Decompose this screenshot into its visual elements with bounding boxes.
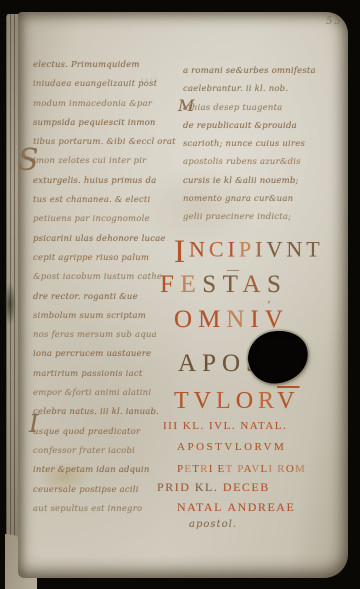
manuscript-line: &post iacobum iustum cathe [33, 268, 178, 287]
manuscript-line: cepit agrippe riuso palum [33, 249, 178, 268]
manuscript-line: inter &petam idan adquin [33, 461, 178, 480]
right-text-column: a romani se&urbes omnifestacaelebrantur.… [183, 62, 318, 227]
initial-s: S [18, 146, 39, 176]
rubric-date-2: PRID KL. DECEB [157, 481, 270, 493]
manuscript-line: electus. Primumquidem [33, 56, 178, 75]
parchment-hole [245, 327, 312, 387]
incipit-line-3: OMNIV [174, 307, 289, 332]
rubric-apostulorum: APOSTVLORVM [177, 442, 286, 453]
manuscript-line: a romani se&urbes omnifesta [183, 62, 318, 80]
manuscript-line: simbolum suum scriptam [33, 307, 178, 326]
manuscript-line: usque quod praedicator [33, 423, 178, 442]
rubric-natal-andreae: NATAL ANDREAE [177, 501, 295, 513]
manuscript-page: 55 electus. Primumquideminiudaea euangel… [18, 12, 348, 578]
manuscript-line: gelii praecinere indicta; [183, 208, 318, 226]
initial-i: I [29, 412, 38, 436]
manuscript-line: nos feras mersum sub aqua [33, 326, 178, 345]
manuscript-line: tus est chananea. & electi [33, 191, 178, 210]
faint-mark: 1111 [140, 78, 158, 85]
manuscript-line: caelebrantur. ii kl. nob. [183, 80, 318, 98]
photo-background: 55 electus. Primumquideminiudaea euangel… [0, 0, 360, 589]
manuscript-line: dre rector. roganti &ue [33, 288, 178, 307]
manuscript-line: exturgelis. huius primus da [33, 172, 178, 191]
manuscript-line: apostolis rubens azur&dis [183, 153, 318, 171]
manuscript-line: aut sepultus est innegro [33, 500, 178, 519]
manuscript-line: empor &forti animi alatini [33, 384, 178, 403]
manuscript-line: iona percrucem uastauere [33, 345, 178, 364]
incipit-line-5: TVLORV [174, 389, 299, 413]
manuscript-line: martirium passionis iact [33, 365, 178, 384]
rubric-date-1: III KL. IVL. NATAL. [163, 421, 287, 432]
manuscript-line: cursis ie kl &alii nouemb; [183, 172, 318, 190]
spine-blotch [4, 282, 16, 326]
omniv-mark: ʼ [267, 300, 271, 311]
manuscript-line: celebra natus. iii kl. ianuab. [33, 403, 178, 422]
manuscript-line: psicarini ulas dehonore lucae [33, 230, 178, 249]
manuscript-line: nomento gnara cur&uan [183, 190, 318, 208]
manuscript-line: scarioth; nunce cuius uires [183, 135, 318, 153]
rubric-petri-pauli: PETRI ET PAVLI ROM [177, 464, 306, 475]
manuscript-line: athias desep tuagenta [183, 99, 318, 117]
rubric-apostoli: apostol. [189, 520, 237, 530]
manuscript-line: petiuens par incognomole [33, 210, 178, 229]
manuscript-line: modum inmacedonia &par [33, 95, 178, 114]
incipit-line-1: INCIPIVNT [174, 236, 324, 269]
manuscript-line: sumpsida pequiescit inmon [33, 114, 178, 133]
manuscript-line: de republicauit &prouida [183, 117, 318, 135]
manuscript-line: confessor frater iacobi [33, 442, 178, 461]
left-text-column: electus. Primumquideminiudaea euangeliza… [33, 56, 178, 519]
manuscript-line: tibus portarum. &ibi &eccl orat [33, 133, 178, 152]
initial-m: M [178, 98, 194, 114]
manuscript-line: imon zelotes cui inter pir [33, 152, 178, 171]
incipit-line-2: FESTAS [160, 272, 287, 297]
folio-number: 55 [326, 17, 343, 27]
